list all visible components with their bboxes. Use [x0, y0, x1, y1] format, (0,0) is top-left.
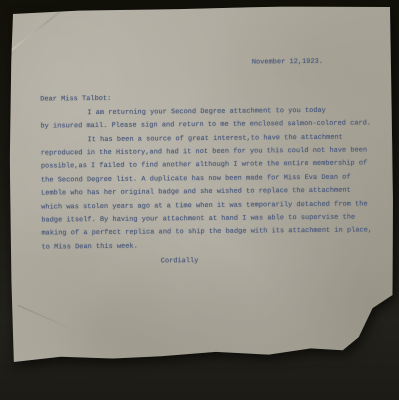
letter-sheet: November 12,1923. Dear Miss Talbot: I am… — [0, 0, 399, 400]
paper-crease-bottom-left — [17, 305, 81, 334]
letter-date: November 12,1923. — [252, 55, 374, 70]
letter-sheet-wrapper: November 12,1923. Dear Miss Talbot: I am… — [0, 0, 399, 400]
scan-background: November 12,1923. Dear Miss Talbot: I am… — [0, 0, 399, 400]
paper-crease-right — [391, 59, 393, 259]
letter-closing: Cordially — [161, 254, 376, 269]
letter-content: November 12,1923. Dear Miss Talbot: I am… — [40, 55, 376, 270]
letter-body-line: to Miss Dean this week. — [42, 238, 376, 255]
